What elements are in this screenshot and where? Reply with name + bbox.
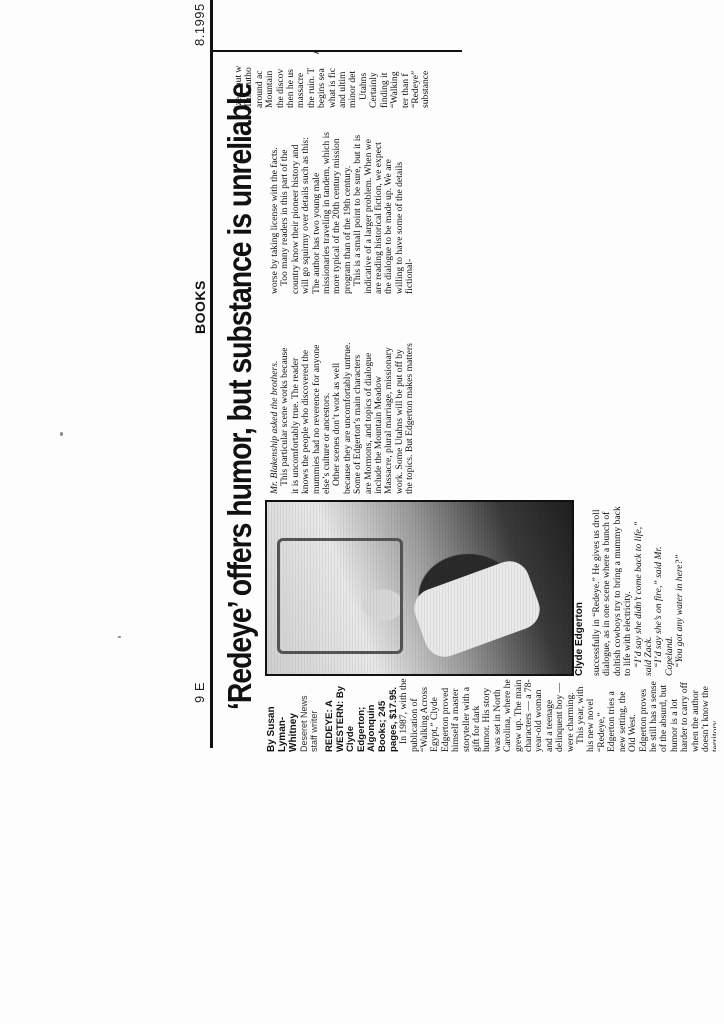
article-column-2: successfully in “Redeye.” He gives us dr… bbox=[592, 506, 712, 676]
section-label: BOOKS bbox=[192, 280, 208, 334]
article-column-3: Mr. Blakenship asked the brothers. This … bbox=[270, 342, 470, 494]
page-number: 9 E bbox=[192, 682, 207, 703]
paragraph: This is a small point to be sure, but it… bbox=[353, 132, 415, 294]
byline: By Susan Lyman-Whitney bbox=[266, 678, 299, 752]
photo-caption: Clyde Edgerton bbox=[574, 602, 585, 676]
photo-grain bbox=[267, 502, 572, 674]
paragraph: Too many readers in this part of the cou… bbox=[280, 132, 353, 294]
byline-role: Deseret News staff writer bbox=[299, 678, 319, 752]
line: “Walking bbox=[390, 54, 400, 108]
line: substance bbox=[421, 54, 431, 108]
scanned-newspaper-clipping: 9 E BOOKS 8.1995 ‘Redeye’ offers humor, … bbox=[0, 0, 724, 1024]
article-headline: ‘Redeye’ offers humor, but substance is … bbox=[223, 83, 257, 710]
page-header-rule bbox=[210, 0, 213, 748]
issue-date: 8.1995 bbox=[192, 3, 207, 46]
author-photo bbox=[265, 500, 574, 676]
paragraph: In 1987, with the publication of “Walkin… bbox=[399, 678, 576, 752]
column-top-rule bbox=[212, 50, 462, 52]
paragraph: Other scenes don’t work as well because … bbox=[332, 342, 415, 494]
quote: “I’d say she’s on fire,” said Mr. Copela… bbox=[654, 506, 675, 676]
paragraph: This particular scene works because it i… bbox=[280, 342, 332, 494]
paragraph: successfully in “Redeye.” He gives us dr… bbox=[592, 506, 634, 676]
article-column-1: By Susan Lyman-Whitney Deseret News staf… bbox=[266, 678, 716, 752]
quote: “I’d say she didn’t come back to life,” … bbox=[634, 506, 655, 676]
book-info: REDEYE: A WESTERN: By Clyde Edgerton; Al… bbox=[325, 678, 399, 752]
article-column-5-cropped: ized, but w This autho around ac Mountai… bbox=[234, 54, 464, 108]
article-column-4: worse by taking license with the facts. … bbox=[270, 132, 470, 294]
quote: “You got any water in here?” bbox=[675, 506, 685, 676]
paragraph: This year, with his new novel “Redeye,” … bbox=[576, 678, 716, 752]
newspaper-page: 9 E BOOKS 8.1995 ‘Redeye’ offers humor, … bbox=[0, 0, 724, 1024]
